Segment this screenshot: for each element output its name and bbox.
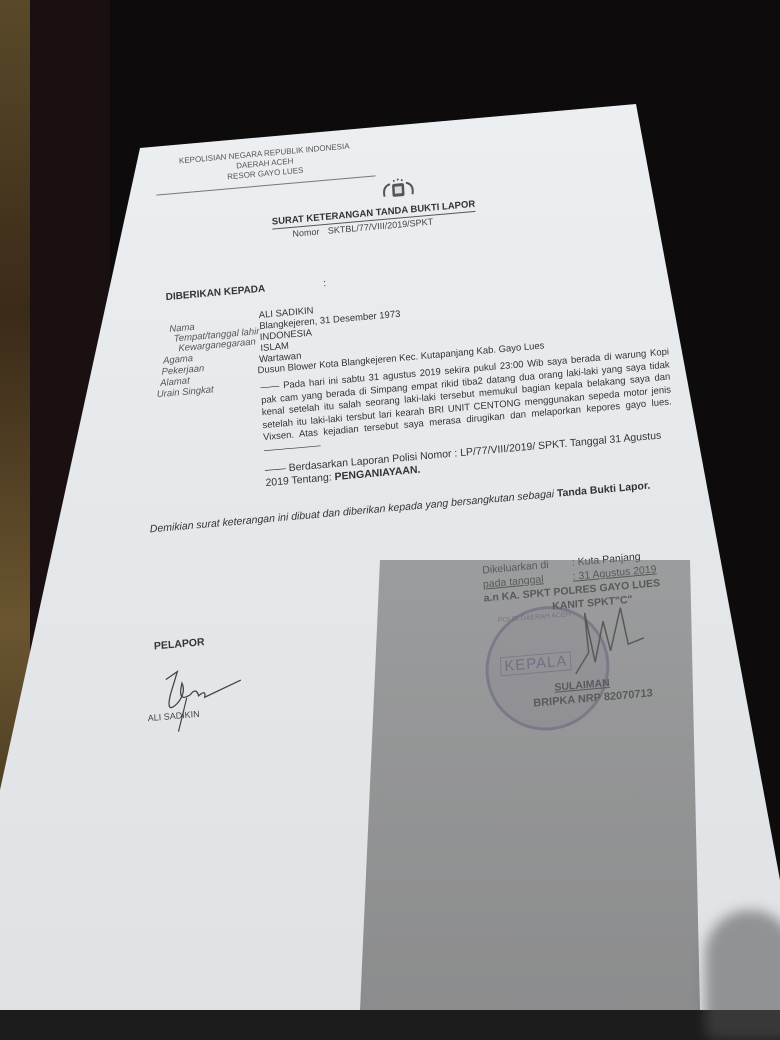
closing-bold: Tanda Bukti Lapor. [557,480,651,500]
given-to-label: DIBERIKAN KEPADA [165,283,265,303]
given-to-colon: : [323,278,326,289]
closing-text: Demikian surat keterangan ini dibuat dan… [150,488,558,536]
reporter-signature [145,657,258,737]
document-number-label: Nomor [292,227,319,239]
given-to-heading: DIBERIKAN KEPADA : [165,278,326,303]
police-emblem-icon [380,176,417,203]
hand-shadow [705,910,780,1040]
closing-statement: Demikian surat keterangan ini dibuat dan… [150,475,689,536]
letterhead: KEPOLISIAN NEGARA REPUBLIK INDONESIA DAE… [154,139,375,188]
